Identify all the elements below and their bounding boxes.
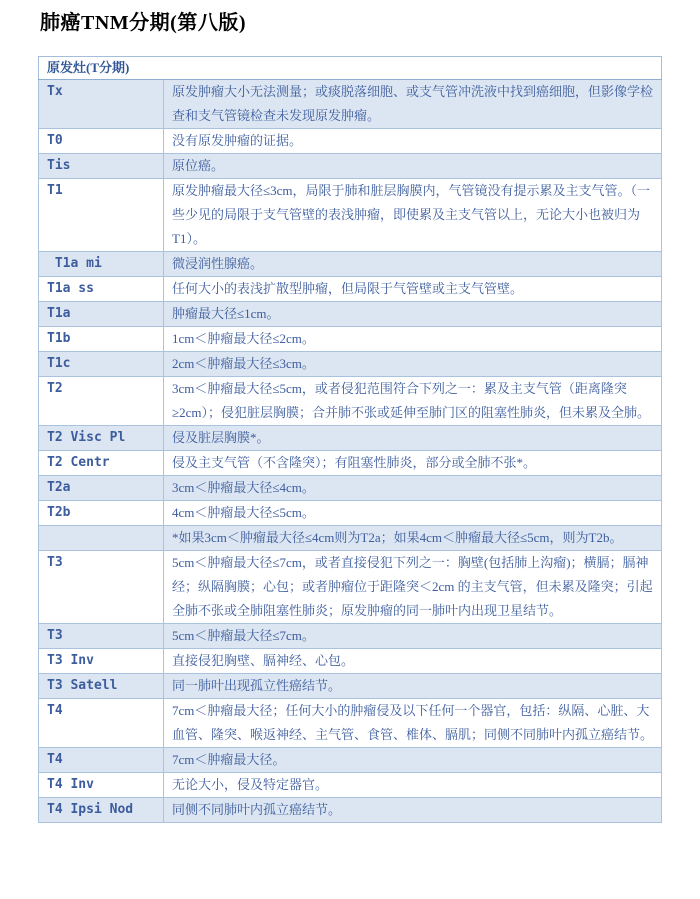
- stage-label: T1a mi: [39, 252, 164, 277]
- stage-description: 原发肿瘤大小无法测量；或痰脱落细胞、或支气管冲洗液中找到癌细胞，但影像学检查和支…: [164, 80, 662, 129]
- table-row: T1a肿瘤最大径≤1cm。: [39, 302, 662, 327]
- table-row: Tx原发肿瘤大小无法测量；或痰脱落细胞、或支气管冲洗液中找到癌细胞，但影像学检查…: [39, 80, 662, 129]
- stage-label: T1: [39, 179, 164, 252]
- stage-description: 侵及主支气管（不含隆突）；有阻塞性肺炎，部分或全肺不张*。: [164, 451, 662, 476]
- stage-description: 5cm＜肿瘤最大径≤7cm，或者直接侵犯下列之一：胸壁(包括肺上沟瘤)；横膈；膈…: [164, 551, 662, 624]
- table-row: Tis原位癌。: [39, 154, 662, 179]
- stage-description: 7cm＜肿瘤最大径；任何大小的肿瘤侵及以下任何一个器官，包括：纵隔、心脏、大血管…: [164, 699, 662, 748]
- stage-description: 微浸润性腺癌。: [164, 252, 662, 277]
- table-row: T4 Ipsi Nod同侧不同肺叶内孤立癌结节。: [39, 798, 662, 823]
- table-row: T23cm＜肿瘤最大径≤5cm，或者侵犯范围符合下列之一：累及主支气管（距离隆突…: [39, 377, 662, 426]
- stage-label: T3 Inv: [39, 649, 164, 674]
- stage-description: 没有原发肿瘤的证据。: [164, 129, 662, 154]
- tnm-staging-table: 原发灶(T分期) Tx原发肿瘤大小无法测量；或痰脱落细胞、或支气管冲洗液中找到癌…: [38, 56, 662, 823]
- stage-description: 肿瘤最大径≤1cm。: [164, 302, 662, 327]
- table-header-row: 原发灶(T分期): [39, 57, 662, 80]
- stage-label: T1a: [39, 302, 164, 327]
- table-row: T0没有原发肿瘤的证据。: [39, 129, 662, 154]
- stage-label: T1a ss: [39, 277, 164, 302]
- table-row: T2 Visc Pl侵及脏层胸膜*。: [39, 426, 662, 451]
- stage-description: 3cm＜肿瘤最大径≤4cm。: [164, 476, 662, 501]
- stage-label: T3 Satell: [39, 674, 164, 699]
- stage-label: T4: [39, 699, 164, 748]
- table-row: T1a ss任何大小的表浅扩散型肿瘤，但局限于气管壁或主支气管壁。: [39, 277, 662, 302]
- table-row: T35cm＜肿瘤最大径≤7cm。: [39, 624, 662, 649]
- stage-description: 无论大小，侵及特定器官。: [164, 773, 662, 798]
- table-row: T3 Satell同一肺叶出现孤立性癌结节。: [39, 674, 662, 699]
- stage-description: 2cm＜肿瘤最大径≤3cm。: [164, 352, 662, 377]
- table-row: T2a3cm＜肿瘤最大径≤4cm。: [39, 476, 662, 501]
- stage-description: 4cm＜肿瘤最大径≤5cm。: [164, 501, 662, 526]
- stage-description: *如果3cm＜肿瘤最大径≤4cm则为T2a；如果4cm＜肿瘤最大径≤5cm，则为…: [164, 526, 662, 551]
- table-row: T3 Inv直接侵犯胸壁、膈神经、心包。: [39, 649, 662, 674]
- table-row: T1c2cm＜肿瘤最大径≤3cm。: [39, 352, 662, 377]
- stage-label: T1c: [39, 352, 164, 377]
- stage-label: T4: [39, 748, 164, 773]
- stage-description: 任何大小的表浅扩散型肿瘤，但局限于气管壁或主支气管壁。: [164, 277, 662, 302]
- stage-description: 直接侵犯胸壁、膈神经、心包。: [164, 649, 662, 674]
- stage-label: T2a: [39, 476, 164, 501]
- stage-description: 3cm＜肿瘤最大径≤5cm，或者侵犯范围符合下列之一：累及主支气管（距离隆突≥2…: [164, 377, 662, 426]
- table-row: T4 Inv无论大小，侵及特定器官。: [39, 773, 662, 798]
- stage-description: 原发肿瘤最大径≤3cm，局限于肺和脏层胸膜内，气管镜没有提示累及主支气管。（一些…: [164, 179, 662, 252]
- stage-label: [39, 526, 164, 551]
- stage-label: T3: [39, 624, 164, 649]
- document-page: 肺癌TNM分期(第八版) 原发灶(T分期) Tx原发肿瘤大小无法测量；或痰脱落细…: [0, 0, 700, 899]
- stage-description: 7cm＜肿瘤最大径。: [164, 748, 662, 773]
- stage-label: T2 Centr: [39, 451, 164, 476]
- table-row: T1原发肿瘤最大径≤3cm，局限于肺和脏层胸膜内，气管镜没有提示累及主支气管。（…: [39, 179, 662, 252]
- table-row: T1b1cm＜肿瘤最大径≤2cm。: [39, 327, 662, 352]
- stage-description: 同一肺叶出现孤立性癌结节。: [164, 674, 662, 699]
- table-row: T35cm＜肿瘤最大径≤7cm，或者直接侵犯下列之一：胸壁(包括肺上沟瘤)；横膈…: [39, 551, 662, 624]
- stage-description: 侵及脏层胸膜*。: [164, 426, 662, 451]
- stage-description: 同侧不同肺叶内孤立癌结节。: [164, 798, 662, 823]
- stage-description: 5cm＜肿瘤最大径≤7cm。: [164, 624, 662, 649]
- stage-label: T2: [39, 377, 164, 426]
- stage-label: T0: [39, 129, 164, 154]
- table-row: T2 Centr侵及主支气管（不含隆突）；有阻塞性肺炎，部分或全肺不张*。: [39, 451, 662, 476]
- stage-description: 1cm＜肿瘤最大径≤2cm。: [164, 327, 662, 352]
- stage-label: T2b: [39, 501, 164, 526]
- table-header-cell: 原发灶(T分期): [39, 57, 662, 80]
- table-row: *如果3cm＜肿瘤最大径≤4cm则为T2a；如果4cm＜肿瘤最大径≤5cm，则为…: [39, 526, 662, 551]
- table-body: Tx原发肿瘤大小无法测量；或痰脱落细胞、或支气管冲洗液中找到癌细胞，但影像学检查…: [39, 80, 662, 823]
- table-row: T1a mi微浸润性腺癌。: [39, 252, 662, 277]
- stage-label: Tis: [39, 154, 164, 179]
- stage-label: T1b: [39, 327, 164, 352]
- table-row: T47cm＜肿瘤最大径；任何大小的肿瘤侵及以下任何一个器官，包括：纵隔、心脏、大…: [39, 699, 662, 748]
- stage-label: T4 Inv: [39, 773, 164, 798]
- stage-label: Tx: [39, 80, 164, 129]
- stage-label: T2 Visc Pl: [39, 426, 164, 451]
- table-row: T47cm＜肿瘤最大径。: [39, 748, 662, 773]
- page-title: 肺癌TNM分期(第八版): [40, 8, 246, 38]
- table-row: T2b4cm＜肿瘤最大径≤5cm。: [39, 501, 662, 526]
- stage-label: T4 Ipsi Nod: [39, 798, 164, 823]
- stage-description: 原位癌。: [164, 154, 662, 179]
- stage-label: T3: [39, 551, 164, 624]
